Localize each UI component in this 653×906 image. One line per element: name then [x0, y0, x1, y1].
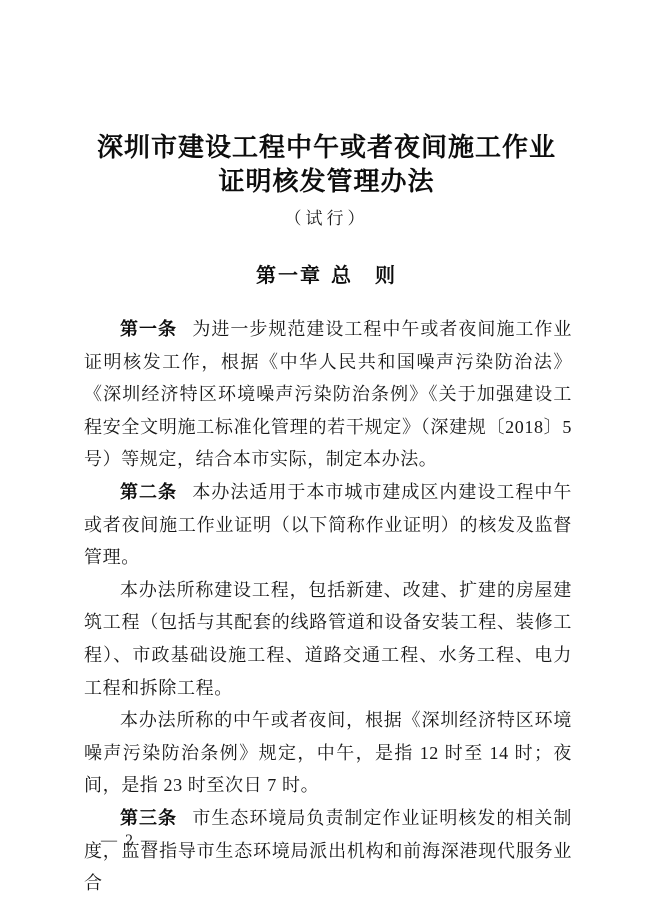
chapter-title: 总 则 — [331, 265, 397, 287]
article-1-text: 为进一步规范建设工程中午或者夜间施工作业证明核发工作，根据《中华人民共和国噪声污… — [84, 319, 572, 469]
article-3-label: 第三条 — [120, 808, 177, 828]
article-2-cont-1-text: 本办法所称建设工程，包括新建、改建、扩建的房屋建筑工程（包括与其配套的线路管道和… — [84, 580, 572, 698]
page-number: — 2 — — [101, 832, 159, 850]
document-title-line1: 深圳市建设工程中午或者夜间施工作业 — [0, 130, 653, 164]
document-title-line2: 证明核发管理办法 — [0, 164, 653, 198]
paragraph-article-1: 第一条为进一步规范建设工程中午或者夜间施工作业证明核发工作，根据《中华人民共和国… — [84, 313, 572, 476]
article-2-label: 第二条 — [120, 482, 177, 502]
article-1-label: 第一条 — [120, 319, 177, 339]
paragraph-article-3: 第三条市生态环境局负责制定作业证明核发的相关制度，监督指导市生态环境局派出机构和… — [84, 802, 572, 900]
document-title: 深圳市建设工程中午或者夜间施工作业 证明核发管理办法 — [0, 130, 653, 198]
paragraph-article-2-cont-2: 本办法所称的中午或者夜间，根据《深圳经济特区环境噪声污染防治条例》规定，中午，是… — [84, 704, 572, 802]
document-body: 第一条为进一步规范建设工程中午或者夜间施工作业证明核发工作，根据《中华人民共和国… — [84, 313, 572, 900]
paragraph-article-2: 第二条本办法适用于本市城市建成区内建设工程中午或者夜间施工作业证明（以下简称作业… — [84, 476, 572, 574]
article-2-cont-2-text: 本办法所称的中午或者夜间，根据《深圳经济特区环境噪声污染防治条例》规定，中午，是… — [84, 710, 572, 795]
document-subtitle: （试行） — [0, 204, 653, 229]
chapter-number: 第一章 — [256, 265, 322, 287]
chapter-heading: 第一章总 则 — [0, 259, 653, 288]
paragraph-article-2-cont-1: 本办法所称建设工程，包括新建、改建、扩建的房屋建筑工程（包括与其配套的线路管道和… — [84, 574, 572, 704]
document-page: 深圳市建设工程中午或者夜间施工作业 证明核发管理办法 （试行） 第一章总 则 第… — [0, 0, 653, 906]
